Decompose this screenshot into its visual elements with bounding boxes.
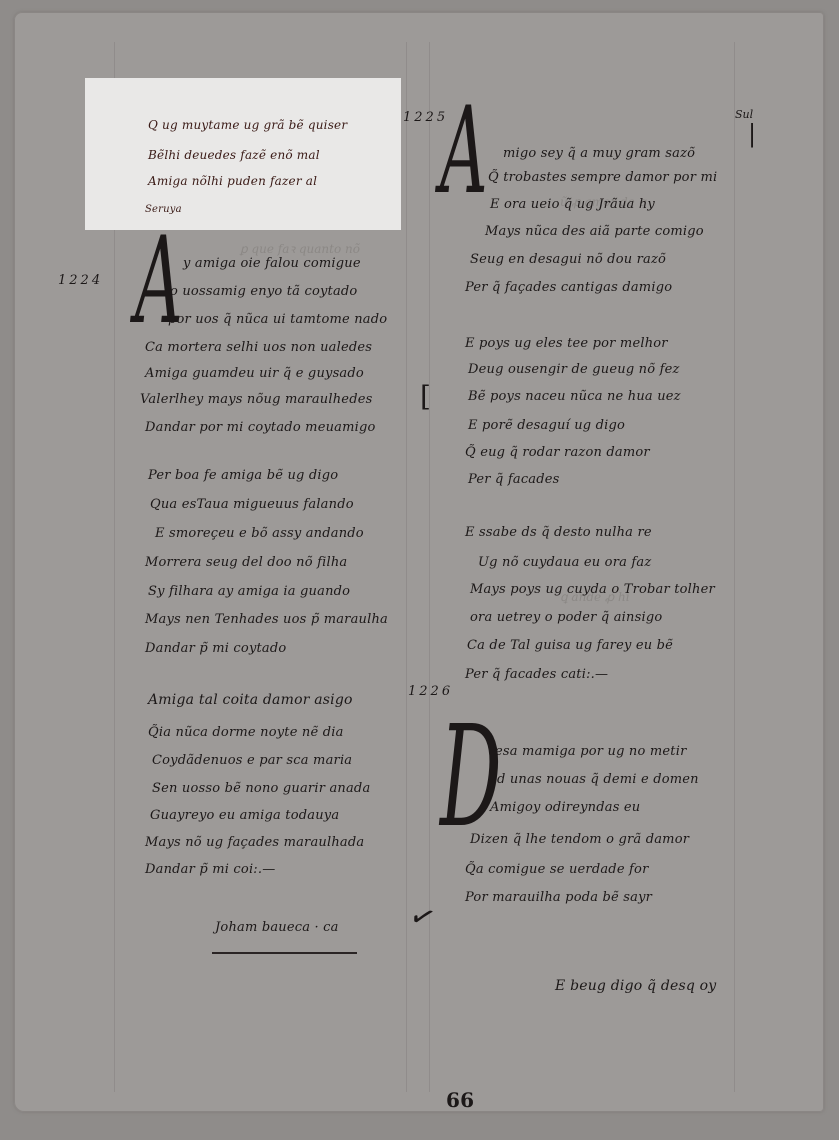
author-signature: Joham baueca · ca [215, 920, 339, 935]
bracket-mark-icon: [ [420, 380, 431, 413]
verse-line: Mays poys ug cuyda o Trobar tolher [470, 582, 715, 597]
verse-line: Ca de Tal guisa ug farey eu bẽ [467, 638, 673, 653]
verse-line: Dandar por mi coytado meuamigo [145, 420, 376, 435]
verse-line: E porẽ desaguí ug digo [468, 418, 625, 433]
verse-line: Q̃ trobastes sempre damor por mi [488, 170, 717, 185]
bleed-through-text: ꝑ que faꝛ quanto nõ [240, 240, 360, 257]
verse-line: Guayreyo eu amiga todauya [150, 808, 339, 823]
highlight-line: Bẽlhi deuedes fazẽ enõ mal [148, 148, 320, 162]
verse-line: Dandar p̃ mi coytado [145, 641, 286, 656]
verse-line: E smoreçeu e bõ assy andando [155, 526, 364, 541]
verse-line: Coydãdenuos e par sca maria [152, 753, 352, 768]
verse-line: Sen uosso bẽ nono guarir anada [152, 781, 370, 796]
verse-line: Seug en desagui nõ dou razõ [470, 252, 666, 267]
decorated-initial: D [440, 708, 502, 848]
verse-line: Mays nen Tenhades uos p̃ maraulha [145, 612, 388, 627]
verse-line: Ug nõ cuydaua eu ora faz [478, 555, 651, 570]
verse-line: Amigoy odireyndas eu [490, 800, 640, 815]
verse-line: migo sey q̃ a muy gram sazõ [503, 146, 695, 161]
verse-line: Q̃a comigue se uerdade for [465, 862, 649, 877]
verse-line: Amiga tal coita damor asigo [148, 692, 353, 708]
signature-underline [212, 952, 357, 954]
highlight-line: Amiga nõlhi puden fazer al [148, 174, 317, 188]
verse-line: Per boa fe amiga bẽ ug digo [148, 468, 338, 483]
verse-line: ora uetrey o poder q̃ ainsigo [470, 610, 662, 625]
verse-line: E poys ug eles tee por melhor [465, 336, 668, 351]
verse-line: Mays nũca des aiã parte comigo [485, 224, 704, 239]
highlight-line: Q ug muytame ug grã bẽ quiser [148, 118, 347, 132]
poem-number: 1224 [58, 273, 103, 288]
verse-line: Per q̃ façades cantigas damigo [465, 280, 672, 295]
verse-line: Q̃ia nũca dorme noyte nẽ dia [148, 725, 344, 740]
verse-line: E ssabe ds q̃ desto nulha re [465, 525, 652, 540]
verse-line: Per q̃ facades [468, 472, 560, 487]
verse-line: por uos q̃ nũca ui tamtome nado [168, 312, 387, 327]
bracket-mark-icon: | [748, 120, 756, 148]
verse-line: Amiga guamdeu uir q̃ e guysado [145, 366, 364, 381]
verse-line: Deug ousengir de gueug nõ fez [468, 362, 680, 377]
ruling-line [406, 42, 407, 1092]
verse-line: Por marauilha poda bẽ sayr [465, 890, 652, 905]
verse-line: esa mamiga por ug no metir [495, 744, 687, 759]
verse-line: E ora ueio q̃ ug Jrãua hy [490, 197, 655, 212]
verse-line: Sy filhara ay amiga ia guando [148, 584, 350, 599]
verse-line: Mays nõ ug façades maraulhada [145, 835, 364, 850]
verse-line: Dizen q̃ lhe tendom o grã damor [470, 832, 689, 847]
verse-line: Q̃ eug q̃ rodar razon damor [465, 445, 650, 460]
ruling-line [734, 42, 735, 1092]
refrain-line: E beug digo q̃ desq oy [555, 978, 716, 994]
verse-line: Qua esTaua migueuus falando [150, 497, 354, 512]
page-number: 66 [446, 1088, 474, 1112]
verse-line: Dandar p̃ mi coi:.— [145, 862, 275, 877]
verse-line: y amiga oie falou comigue [183, 256, 361, 271]
verse-line: Ca mortera selhi uos non ualedes [145, 340, 372, 355]
verse-line: Morrera seug del doo nõ filha [145, 555, 347, 570]
verse-line: d unas nouas q̃ demi e domen [497, 772, 699, 787]
verse-line: o uossamig enyo tã coytado [170, 284, 357, 299]
verse-line: Valerlhey mays nõug maraulhedes [140, 392, 373, 407]
verse-line: Per q̃ facades cati:.— [465, 667, 608, 682]
verse-line: Bẽ poys naceu nũca ne hua uez [468, 389, 681, 404]
decorated-initial: A [440, 92, 488, 212]
